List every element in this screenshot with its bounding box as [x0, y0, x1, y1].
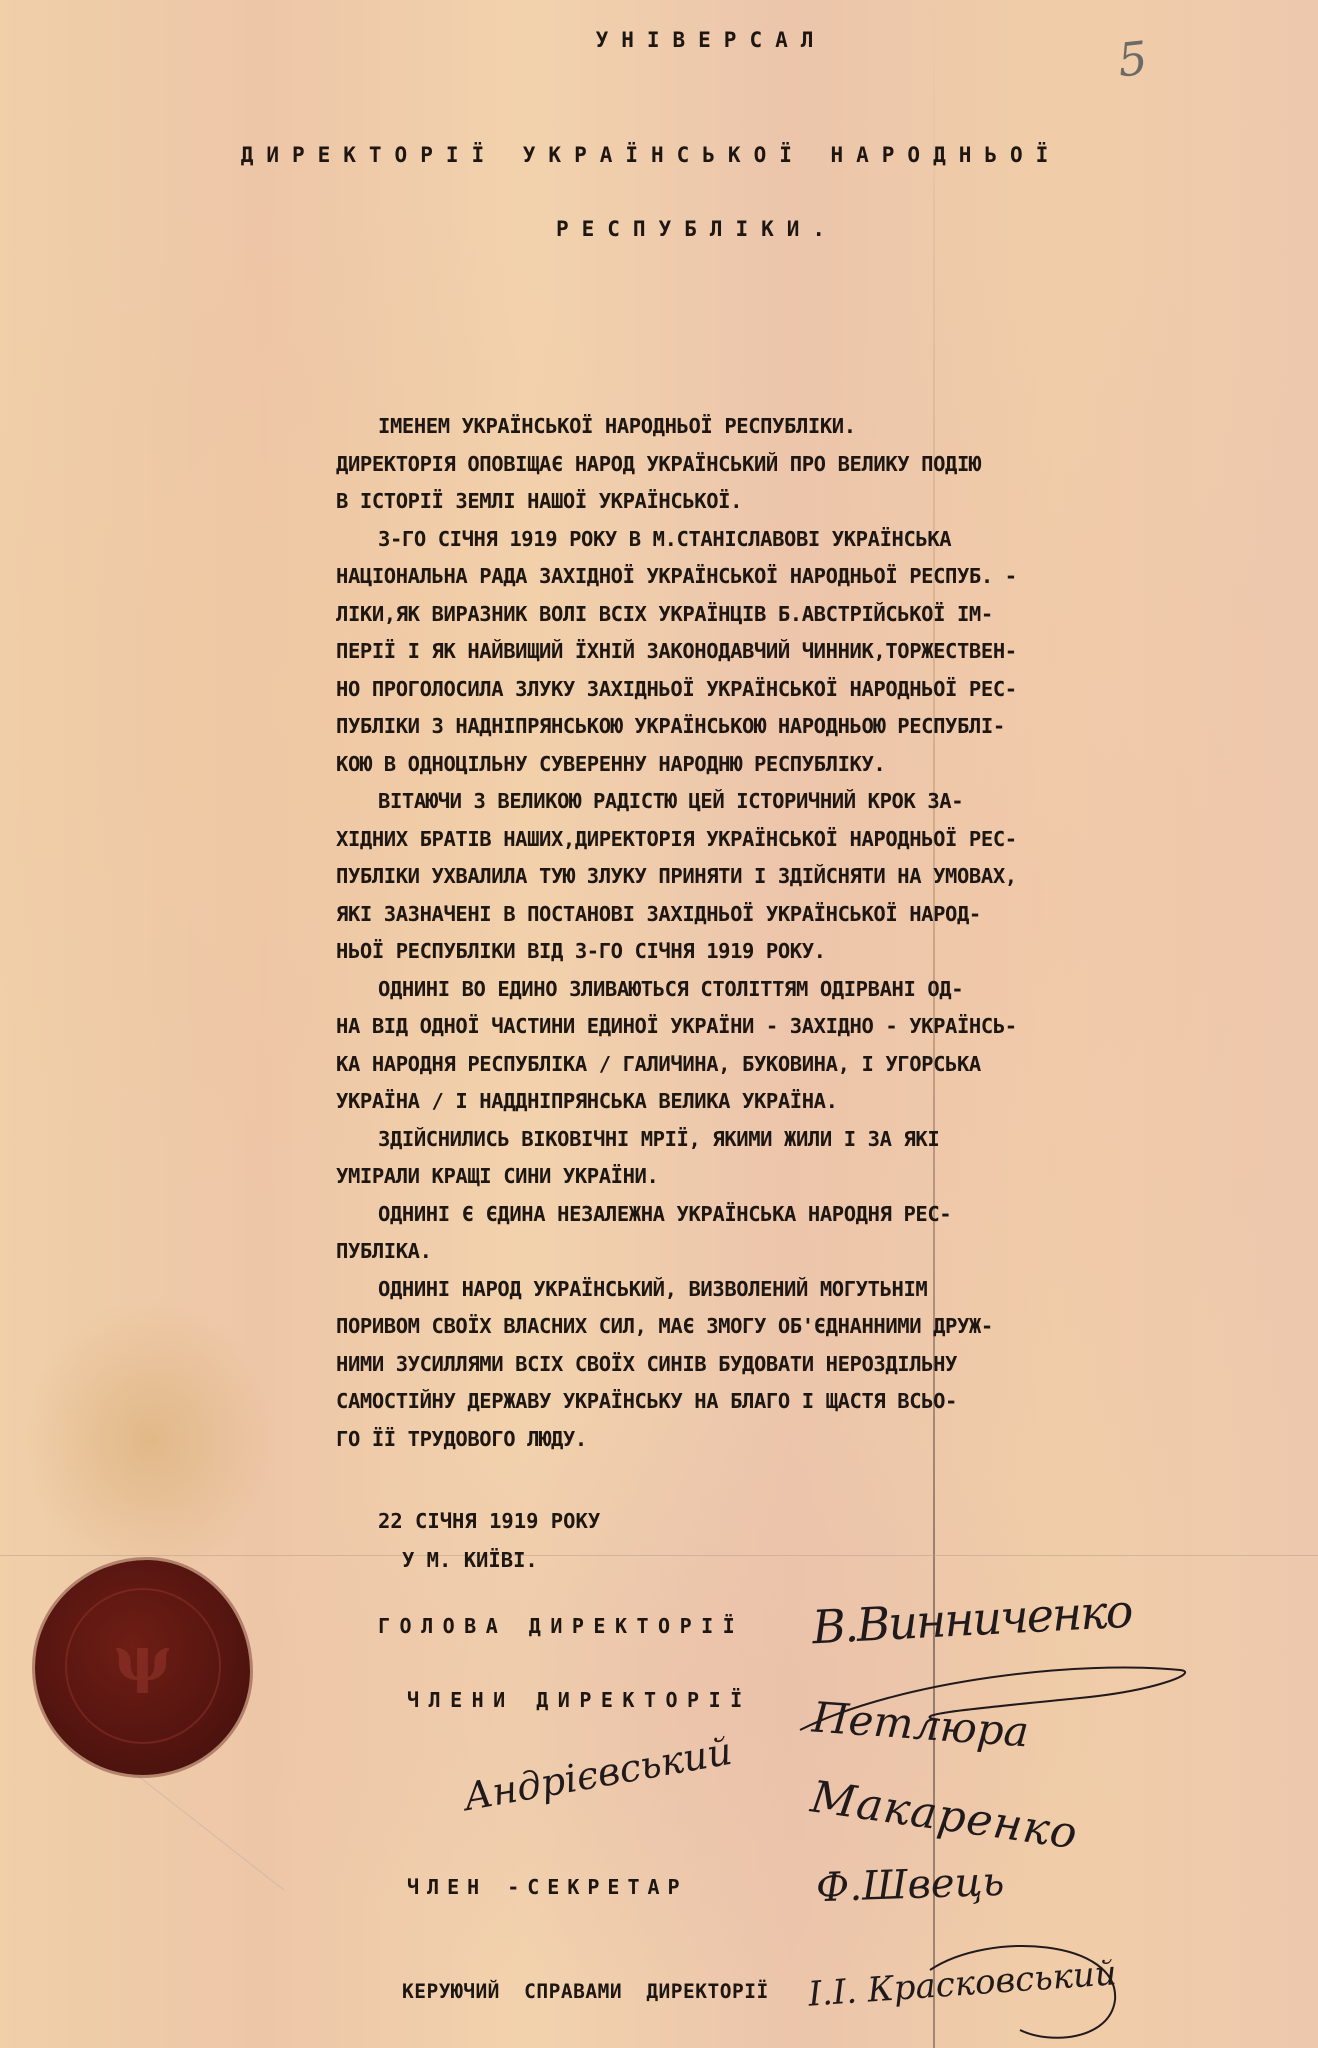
body-line: ОДНИНІ НАРОД УКРАЇНСЬКИЙ, ВИЗВОЛЕНИЙ МОГ… — [336, 1271, 1096, 1309]
document-subtitle-line-2: РЕСПУБЛІКИ. — [38, 217, 1318, 241]
body-line: ПЕРІЇ І ЯК НАЙВИЩИЙ ЇХНІЙ ЗАКОНОДАВЧИЙ Ч… — [336, 633, 1096, 671]
body-line: НИМИ ЗУСИЛЛЯМИ ВСІХ СВОЇХ СИНІВ БУДОВАТИ… — [336, 1346, 1096, 1384]
body-line: НО ПРОГОЛОСИЛА ЗЛУКУ ЗАХІДНЬОЇ УКРАЇНСЬК… — [336, 671, 1096, 709]
horizontal-fold-line — [0, 1555, 1318, 1556]
body-line: ГО ЇЇ ТРУДОВОГО ЛЮДУ. — [336, 1421, 1096, 1459]
body-line: 3-ГО СІЧНЯ 1919 РОКУ В М.СТАНІСЛАВОВІ УК… — [336, 521, 1096, 559]
body-line: ПУБЛІКИ З НАДНІПРЯНСЬКОЮ УКРАЇНСЬКОЮ НАР… — [336, 708, 1096, 746]
date-line: 22 СІЧНЯ 1919 РОКУ — [378, 1502, 600, 1541]
body-line: НАЦІОНАЛЬНА РАДА ЗАХІДНОЇ УКРАЇНСЬКОЇ НА… — [336, 558, 1096, 596]
body-line: УМІРАЛИ КРАЩІ СИНИ УКРАЇНИ. — [336, 1158, 1096, 1196]
body-line: КА НАРОДНЯ РЕСПУБЛІКА / ГАЛИЧИНА, БУКОВИ… — [336, 1046, 1096, 1084]
body-line: ПОРИВОМ СВОЇХ ВЛАСНИХ СИЛ, МАЄ ЗМОГУ ОБ'… — [336, 1308, 1096, 1346]
body-line: ХІДНИХ БРАТІВ НАШИХ,ДИРЕКТОРІЯ УКРАЇНСЬК… — [336, 821, 1096, 859]
body-line: ОДНИНІ ВО ЕДИНО ЗЛИВАЮТЬСЯ СТОЛІТТЯМ ОДІ… — [336, 971, 1096, 1009]
place-line: У М. КИЇВІ. — [378, 1541, 600, 1580]
secretary-label: ЧЛЕН -СЕКРЕТАР — [407, 1875, 688, 1899]
member-signature-andriievskyi: Андрієвський — [460, 1729, 735, 1819]
body-line: В ІСТОРІЇ ЗЕМЛІ НАШОЇ УКРАЇНСЬКОЇ. — [336, 483, 1096, 521]
member-signature-petliura: Петлюра — [811, 1692, 1031, 1756]
body-line: ДИРЕКТОРІЯ ОПОВІЩАЄ НАРОД УКРАЇНСЬКИЙ ПР… — [336, 446, 1096, 484]
body-line: ОДНИНІ Є ЄДИНА НЕЗАЛЕЖНА УКРАЇНСЬКА НАРО… — [336, 1196, 1096, 1234]
body-line: ЛІКИ,ЯК ВИРАЗНИК ВОЛІ ВСІХ УКРАЇНЦІВ Б.А… — [336, 596, 1096, 634]
body-line: ЯКІ ЗАЗНАЧЕНІ В ПОСТАНОВІ ЗАХІДНЬОЇ УКРА… — [336, 896, 1096, 934]
body-line: САМОСТІЙНУ ДЕРЖАВУ УКРАЇНСЬКУ НА БЛАГО І… — [336, 1383, 1096, 1421]
body-line: НА ВІД ОДНОЇ ЧАСТИНИ ЕДИНОЇ УКРАЇНИ - ЗА… — [336, 1008, 1096, 1046]
body-line: НЬОЇ РЕСПУБЛІКИ ВІД 3-ГО СІЧНЯ 1919 РОКУ… — [336, 933, 1096, 971]
proclamation-body: ІМЕНЕМ УКРАЇНСЬКОЇ НАРОДНЬОЇ РЕСПУБЛІКИ.… — [336, 408, 1096, 1458]
members-label: ЧЛЕНИ ДИРЕКТОРІЇ — [407, 1688, 752, 1712]
body-line: ПУБЛІКА. — [336, 1233, 1096, 1271]
body-line: ЗДІЙСНИЛИСЬ ВІКОВІЧНІ МРІЇ, ЯКИМИ ЖИЛИ І… — [336, 1121, 1096, 1159]
wax-seal: ψ — [35, 1560, 250, 1775]
date-place-block: 22 СІЧНЯ 1919 РОКУ У М. КИЇВІ. — [378, 1502, 600, 1580]
manager-label: КЕРУЮЧИЙ СПРАВАМИ ДИРЕКТОРІЇ — [402, 1980, 769, 2003]
trident-icon: ψ — [35, 1622, 250, 1695]
manager-signature-loop — [900, 1930, 1130, 2048]
document-subtitle-line-1: ДИРЕКТОРІЇ УКРАЇНСЬКОЇ НАРОДНЬОЇ — [0, 143, 1310, 167]
chair-label: ГОЛОВА ДИРЕКТОРІЇ — [378, 1614, 744, 1638]
chair-signature: В.Винниченко — [811, 1584, 1133, 1655]
member-signature-makarenko: Макаренко — [808, 1772, 1081, 1860]
body-line: КОЮ В ОДНОЦІЛЬНУ СУВЕРЕННУ НАРОДНЮ РЕСПУ… — [336, 746, 1096, 784]
secretary-signature: Ф.Швець — [815, 1859, 1005, 1912]
body-line: УКРАЇНА / І НАДДНІПРЯНСЬКА ВЕЛИКА УКРАЇН… — [336, 1083, 1096, 1121]
document-title: УНІВЕРСАЛ — [52, 28, 1318, 52]
body-line: ІМЕНЕМ УКРАЇНСЬКОЇ НАРОДНЬОЇ РЕСПУБЛІКИ. — [336, 408, 1096, 446]
document-page: 5 УНІВЕРСАЛ ДИРЕКТОРІЇ УКРАЇНСЬКОЇ НАРОД… — [0, 0, 1318, 2048]
body-line: ПУБЛІКИ УХВАЛИЛА ТУЮ ЗЛУКУ ПРИНЯТИ І ЗДІ… — [336, 858, 1096, 896]
body-line: ВІТАЮЧИ З ВЕЛИКОЮ РАДІСТЮ ЦЕЙ ІСТОРИЧНИЙ… — [336, 783, 1096, 821]
